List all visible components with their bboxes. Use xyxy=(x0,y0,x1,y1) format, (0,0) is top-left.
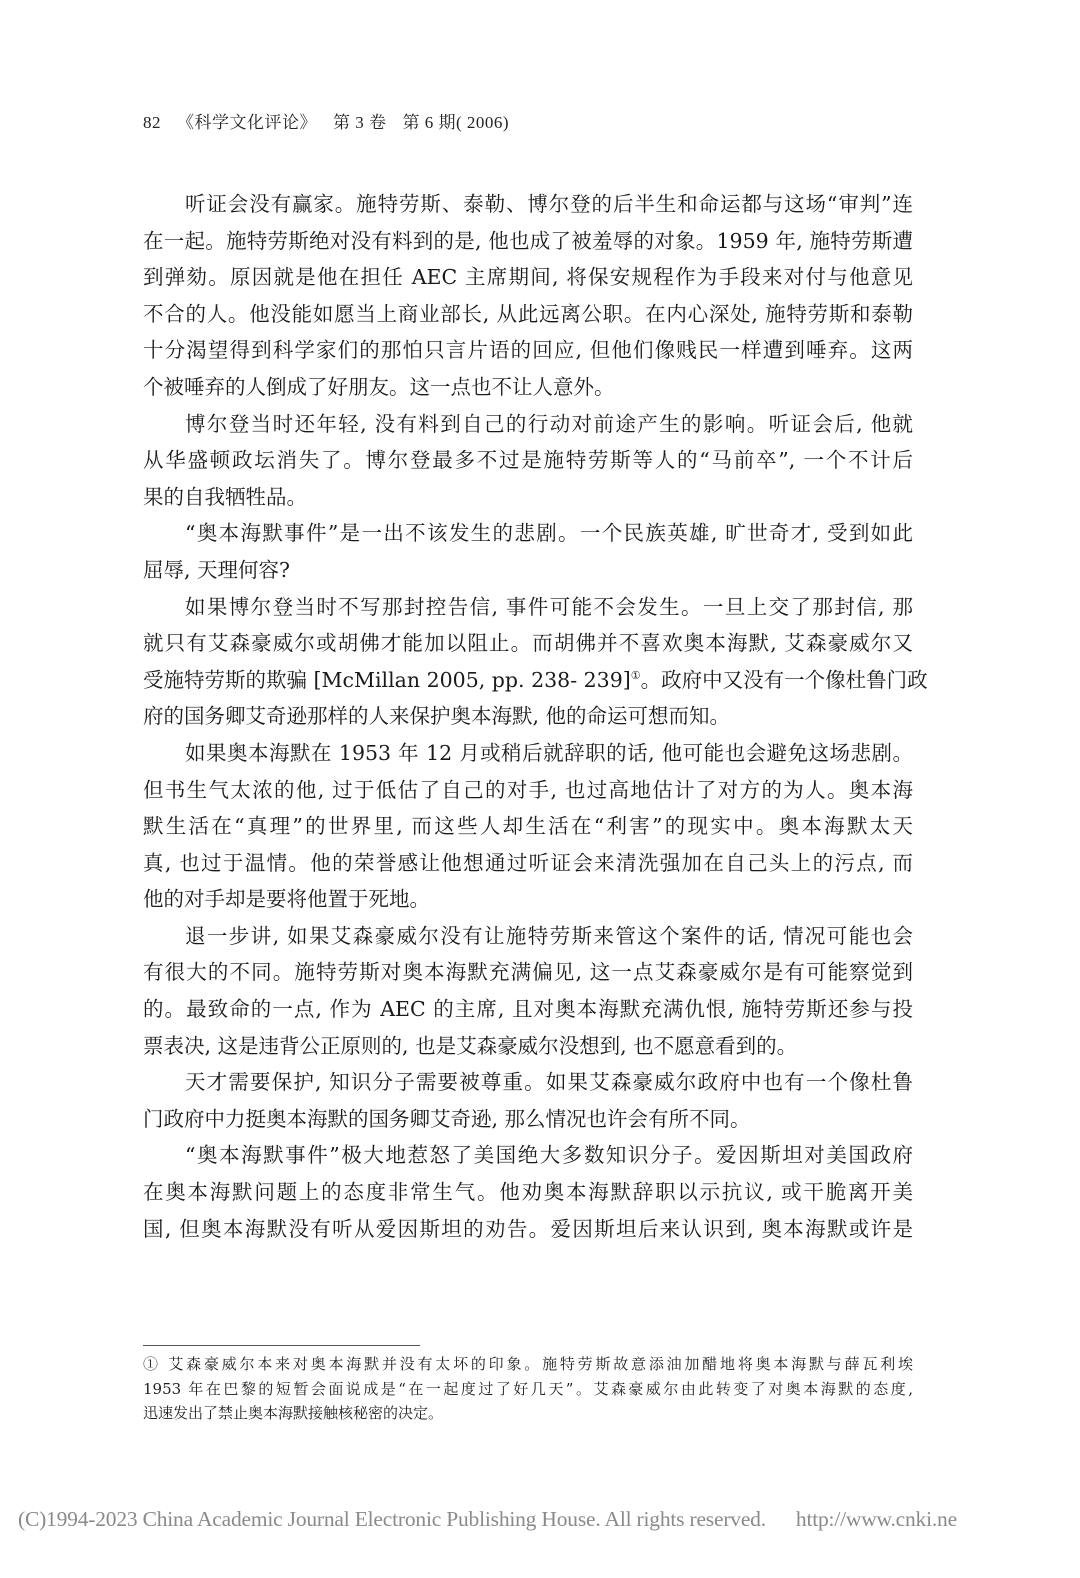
footnote-marker[interactable]: ① xyxy=(631,669,641,682)
paragraph-line: 天才需要保护, 知识分子需要被尊重。如果艾森豪威尔政府中也有一个像杜鲁 xyxy=(143,1064,913,1101)
paragraph-line: 十分渴望得到科学家们的那怕只言片语的回应, 但他们像贱民一样遭到唾弃。这两 xyxy=(143,332,913,369)
paragraph-line: 的。最致命的一点, 作为 AEC 的主席, 且对奥本海默充满仇恨, 施特劳斯还参… xyxy=(143,991,913,1028)
volume-label: 第 3 卷 xyxy=(333,113,387,132)
paragraph-line: 但书生气太浓的他, 过于低估了自己的对手, 也过高地估计了对方的为人。奥本海 xyxy=(143,772,913,809)
copyright-watermark: (C)1994-2023 China Academic Journal Elec… xyxy=(18,1507,1080,1532)
paragraph-line: 国, 但奥本海默没有听从爱因斯坦的劝告。爱因斯坦后来认识到, 奥本海默或许是 xyxy=(143,1211,913,1248)
paragraph-line: 从华盛顿政坛消失了。博尔登最多不过是施特劳斯等人的“马前卒”, 一个不计后 xyxy=(143,442,913,479)
paragraph-line: 个被唾弃的人倒成了好朋友。这一点也不让人意外。 xyxy=(143,369,913,406)
paragraph-line: 在一起。施特劳斯绝对没有料到的是, 他也成了被羞辱的对象。1959 年, 施特劳… xyxy=(143,223,913,260)
paragraph-line: 退一步讲, 如果艾森豪威尔没有让施特劳斯来管这个案件的话, 情况可能也会 xyxy=(143,918,913,955)
cnki-url[interactable]: http://www.cnki.ne xyxy=(796,1507,957,1531)
paragraph-line: 他的对手却是要将他置于死地。 xyxy=(143,881,913,918)
paragraph-line: 到弹劾。原因就是他在担任 AEC 主席期间, 将保安规程作为手段来对付与他意见 xyxy=(143,259,913,296)
footnote-divider xyxy=(143,1345,420,1346)
citation-text: 受施特劳斯的欺骗 [McMillan 2005, pp. 238- 239] xyxy=(143,668,631,692)
footnote-line: ① 艾森豪威尔本来对奥本海默并没有太坏的印象。施特劳斯故意添油加醋地将奥本海默与… xyxy=(143,1352,913,1377)
paragraph-line: 默生活在“真理”的世界里, 而这些人却生活在“利害”的现实中。奥本海默太天 xyxy=(143,808,913,845)
paragraph-line: 有很大的不同。施特劳斯对奥本海默充满偏见, 这一点艾森豪威尔是有可能察觉到 xyxy=(143,954,913,991)
paragraph-line: 屈辱, 天理何容? xyxy=(143,552,913,589)
journal-title: 《科学文化评论》 xyxy=(177,113,317,132)
paragraph-line: 门政府中力挺奥本海默的国务卿艾奇逊, 那么情况也许会有所不同。 xyxy=(143,1101,913,1138)
paragraph-line-with-citation: 受施特劳斯的欺骗 [McMillan 2005, pp. 238- 239]①。… xyxy=(143,662,913,699)
citation-tail: 。政府中又没有一个像杜鲁门政 xyxy=(641,668,928,692)
paragraph-line: 在奥本海默问题上的态度非常生气。他劝奥本海默辞职以示抗议, 或干脆离开美 xyxy=(143,1174,913,1211)
paragraph-line: 就只有艾森豪威尔或胡佛才能加以阻止。而胡佛并不喜欢奥本海默, 艾森豪威尔又 xyxy=(143,625,913,662)
copyright-text: (C)1994-2023 China Academic Journal Elec… xyxy=(18,1507,766,1531)
paragraph-line: 如果博尔登当时不写那封控告信, 事件可能不会发生。一旦上交了那封信, 那 xyxy=(143,589,913,626)
paragraph-line: 票表决, 这是违背公正原则的, 也是艾森豪威尔没想到, 也不愿意看到的。 xyxy=(143,1028,913,1065)
article-body: 听证会没有赢家。施特劳斯、泰勒、博尔登的后半生和命运都与这场“审判”连 在一起。… xyxy=(143,186,913,1247)
paragraph-line: 府的国务卿艾奇逊那样的人来保护奥本海默, 他的命运可想而知。 xyxy=(143,698,913,735)
paragraph-line: 果的自我牺牲品。 xyxy=(143,479,913,516)
footnote-line: 迅速发出了禁止奥本海默接触核秘密的决定。 xyxy=(143,1401,913,1426)
paragraph-line: 真, 也过于温情。他的荣誉感让他想通过听证会来清洗强加在自己头上的污点, 而 xyxy=(143,845,913,882)
paragraph-line: 不合的人。他没能如愿当上商业部长, 从此远离公职。在内心深处, 施特劳斯和泰勒 xyxy=(143,296,913,333)
paragraph-line: “奥本海默事件”是一出不该发生的悲剧。一个民族英雄, 旷世奇才, 受到如此 xyxy=(143,515,913,552)
page-number: 82 xyxy=(143,113,161,132)
running-header: 82《科学文化评论》第 3 卷第 6 期( 2006) xyxy=(143,108,525,133)
footnote-line: 1953 年在巴黎的短暂会面说成是“在一起度过了好几天”。艾森豪威尔由此转变了对… xyxy=(143,1377,913,1402)
issue-label: 第 6 期( 2006) xyxy=(403,113,510,132)
paragraph-line: 听证会没有赢家。施特劳斯、泰勒、博尔登的后半生和命运都与这场“审判”连 xyxy=(143,186,913,223)
paragraph-line: 博尔登当时还年轻, 没有料到自己的行动对前途产生的影响。听证会后, 他就 xyxy=(143,406,913,443)
footnotes: ① 艾森豪威尔本来对奥本海默并没有太坏的印象。施特劳斯故意添油加醋地将奥本海默与… xyxy=(143,1352,913,1426)
paragraph-line: 如果奥本海默在 1953 年 12 月或稍后就辞职的话, 他可能也会避免这场悲剧… xyxy=(143,735,913,772)
paragraph-line: “奥本海默事件”极大地惹怒了美国绝大多数知识分子。爱因斯坦对美国政府 xyxy=(143,1137,913,1174)
